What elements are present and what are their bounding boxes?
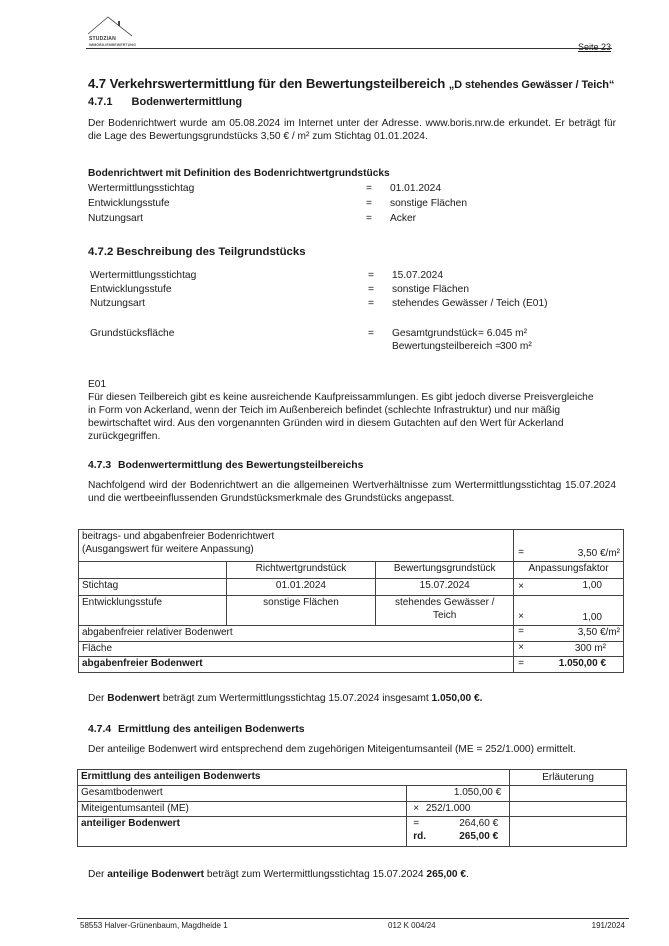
row-equals: = (366, 183, 372, 194)
row-label: Miteigentumsanteil (ME) (78, 801, 407, 817)
column-header (79, 562, 227, 579)
row-label: Nutzungsart (88, 213, 143, 224)
table-row: Stichtag 01.01.2024 15.07.2024 × 1,00 (79, 579, 624, 596)
row-value: Acker (390, 213, 416, 224)
column-header: Bewertungsgrundstück (376, 562, 514, 579)
anteil-table: Ermittlung des anteiligen Bodenwerts Erl… (77, 769, 627, 847)
value: 1,00 (517, 612, 620, 625)
cell-richtwert: sonstige Flächen (226, 596, 376, 626)
heading-number: 4.7.1 (88, 96, 112, 108)
row-label: Gesamtbodenwert (78, 786, 407, 802)
row-label: Wertermittlungsstichtag (90, 270, 196, 281)
text: Der (88, 869, 107, 880)
note-cell (510, 786, 627, 802)
area-equals: = (368, 328, 374, 339)
area-total-value: = 6.045 m² (478, 328, 527, 339)
definition-row: Wertermittlungsstichtag = 01.01.2024 (88, 183, 608, 198)
definition-title: Bodenrichtwert mit Definition des Bodenr… (88, 168, 390, 179)
row-label: Wertermittlungsstichtag (88, 183, 194, 194)
operator: = (518, 626, 524, 639)
company-logo: STUDZIAN IMMOBILIENBEWERTUNG (86, 12, 156, 44)
note-id: E01 (88, 378, 616, 391)
cell-value: = 1.050,00 € (514, 657, 624, 673)
table-row: Entwicklungsstufe sonstige Flächen stehe… (79, 596, 624, 626)
row-value: 252/1.000 (426, 803, 471, 814)
page-number: Seite 23 (578, 42, 611, 52)
description-row: Nutzungsart = stehendes Gewässer / Teich… (90, 298, 610, 312)
text-bold: 1.050,00 €. (432, 693, 483, 704)
table-header-row: Ermittlung des anteiligen Bodenwerts Erl… (78, 770, 627, 786)
row-label: Nutzungsart (90, 298, 145, 309)
table-title: Ermittlung des anteiligen Bodenwerts (78, 770, 510, 786)
cell-factor: × 1,00 (514, 579, 624, 596)
note-cell (510, 801, 627, 817)
heading-4-7-1: 4.7.1 Bodenwertermittlung (88, 96, 242, 108)
paragraph-bodenrichtwert: Der Bodenrichtwert wurde am 05.08.2024 i… (88, 117, 616, 143)
result-cell: = 264,60 € rd. 265,00 € (407, 817, 510, 847)
base-value-cell: = 3,50 €/m² (514, 530, 624, 562)
row-value-cell: × 252/1.000 (407, 801, 510, 817)
definition-row: Nutzungsart = Acker (88, 213, 608, 228)
base-label-line2: (Ausgangswert für weitere Anpassung) (82, 544, 510, 557)
heading-4-7-2: 4.7.2 Beschreibung des Teilgrundstücks (88, 246, 306, 258)
value: 1.050,00 € (517, 658, 620, 671)
description-list: Wertermittlungsstichtag = 15.07.2024 Ent… (90, 270, 610, 312)
table-row: Fläche × 300 m² (79, 641, 624, 657)
row-equals: = (366, 198, 372, 209)
row-label: Stichtag (79, 579, 227, 596)
row-value: sonstige Flächen (390, 198, 467, 209)
note-text: Für diesen Teilbereich gibt es keine aus… (88, 391, 598, 443)
description-row: Wertermittlungsstichtag = 15.07.2024 (90, 270, 610, 284)
summary-anteil: Der anteilige Bodenwert beträgt zum Wert… (88, 868, 616, 881)
table-row: Gesamtbodenwert 1.050,00 € (78, 786, 627, 802)
logo-text-name: STUDZIAN (89, 36, 116, 42)
table-total-row: abgabenfreier Bodenwert = 1.050,00 € (79, 657, 624, 673)
table-header-row: Richtwertgrundstück Bewertungsgrundstück… (79, 562, 624, 579)
row-value: 1.050,00 € (407, 786, 510, 802)
area-block: Grundstücksfläche = Gesamtgrundstück = 6… (90, 328, 610, 354)
cell-value: × 300 m² (514, 641, 624, 657)
text: Der (88, 693, 107, 704)
paragraph-anteil: Der anteilige Bodenwert wird entsprechen… (88, 743, 648, 756)
text-bold: 265,00 € (426, 869, 466, 880)
base-label-line1: beitrags- und abgabenfreier Bodenrichtwe… (82, 531, 510, 544)
header-divider (86, 48, 612, 49)
heading-text: Ermittlung des anteiligen Bodenwerts (118, 724, 304, 735)
column-header: Anpassungsfaktor (514, 562, 624, 579)
column-header: Richtwertgrundstück (226, 562, 376, 579)
row-label: Fläche (79, 641, 514, 657)
area-label: Grundstücksfläche (90, 328, 174, 339)
row-equals: = (368, 270, 374, 281)
value: 3,50 €/m² (517, 627, 620, 640)
text: . (466, 869, 469, 880)
row-label: abgabenfreier Bodenwert (79, 657, 514, 673)
area-part-value: 300 m² (500, 341, 532, 352)
row-label: abgabenfreier relativer Bodenwert (79, 626, 514, 642)
cell-bewertung: stehendes Gewässer / Teich (376, 596, 514, 626)
heading-text: Bodenwertermittlung (132, 96, 243, 108)
heading-4-7-4: 4.7.4 Ermittlung des anteiligen Bodenwer… (88, 724, 305, 735)
value: 300 m² (517, 643, 620, 656)
row-label: Entwicklungsstufe (90, 284, 172, 295)
footer-case-number: 191/2024 (592, 921, 625, 930)
operator: = (413, 818, 419, 831)
cell-richtwert: 01.01.2024 (226, 579, 376, 596)
table-result-row: anteiliger Bodenwert = 264,60 € rd. 265,… (78, 817, 627, 847)
operator: × (518, 642, 524, 655)
row-equals: = (368, 284, 374, 295)
heading-4-7-3: 4.7.3 Bodenwertermittlung des Bewertungs… (88, 460, 363, 471)
row-label: anteiliger Bodenwert (78, 817, 407, 847)
table-row: abgabenfreier relativer Bodenwert = 3,50… (79, 626, 624, 642)
row-label: Entwicklungsstufe (88, 198, 170, 209)
operator: × (413, 803, 419, 814)
area-total-label: Gesamtgrundstück (392, 328, 478, 339)
definition-list: Wertermittlungsstichtag = 01.01.2024 Ent… (88, 183, 608, 228)
section-title-4-7: 4.7 Verkehrswertermittlung für den Bewer… (88, 76, 614, 91)
operator: × (518, 611, 524, 624)
description-row: Entwicklungsstufe = sonstige Flächen (90, 284, 610, 298)
logo-text-subtitle: IMMOBILIENBEWERTUNG (89, 43, 136, 47)
row-label: Entwicklungsstufe (79, 596, 227, 626)
row-equals: = (366, 213, 372, 224)
row-value: 15.07.2024 (392, 270, 443, 281)
paragraph-anpassung: Nachfolgend wird der Bodenrichtwert an d… (88, 479, 616, 505)
text: beträgt zum Wertermittlungsstichtag 15.0… (160, 693, 432, 704)
table-row: beitrags- und abgabenfreier Bodenrichtwe… (79, 530, 624, 562)
text: beträgt zum Wertermittlungsstichtag 15.0… (204, 869, 426, 880)
heading-text: Bodenwertermittlung des Bewertungsteilbe… (118, 460, 363, 471)
row-value: stehendes Gewässer / Teich (E01) (392, 298, 548, 309)
text-bold: anteilige Bodenwert (107, 869, 204, 880)
value: 1,00 (517, 580, 620, 593)
footer-file-reference: 012 K 004/24 (388, 921, 436, 930)
rounded-label: rd. (413, 831, 426, 844)
heading-number: 4.7.3 (88, 460, 111, 471)
cell-factor: × 1,00 (514, 596, 624, 626)
area-row: Grundstücksfläche = Gesamtgrundstück = 6… (90, 328, 610, 341)
cell-bewertung: 15.07.2024 (376, 579, 514, 596)
section-title-suffix: „D stehendes Gewässer / Teich“ (449, 79, 615, 91)
table-row: Miteigentumsanteil (ME) × 252/1.000 (78, 801, 627, 817)
result-value: 264,60 € (459, 818, 498, 831)
base-label-cell: beitrags- und abgabenfreier Bodenrichtwe… (79, 530, 514, 562)
operator: × (518, 581, 524, 594)
row-value: sonstige Flächen (392, 284, 469, 295)
column-header-erlaeuterung: Erläuterung (510, 770, 627, 786)
area-row: Bewertungsteilbereich = 300 m² (90, 341, 610, 354)
operator: = (518, 547, 524, 560)
house-roof-icon (86, 12, 156, 38)
cell-value: = 3,50 €/m² (514, 626, 624, 642)
row-equals: = (368, 298, 374, 309)
text-bold: Bodenwert (107, 693, 160, 704)
note-cell (510, 817, 627, 847)
rounded-value: 265,00 € (459, 831, 498, 844)
value: 3,50 €/m² (517, 548, 620, 561)
footer-address: 58553 Halver-Grünenbaum, Magdheide 1 (80, 921, 228, 930)
row-value: 01.01.2024 (390, 183, 441, 194)
summary-bodenwert: Der Bodenwert beträgt zum Wertermittlung… (88, 692, 616, 705)
heading-number: 4.7.4 (88, 724, 111, 735)
operator: = (518, 658, 524, 671)
definition-row: Entwicklungsstufe = sonstige Flächen (88, 198, 608, 213)
section-title-text: 4.7 Verkehrswertermittlung für den Bewer… (88, 76, 445, 91)
footer-divider (77, 918, 629, 919)
bodenwert-table: beitrags- und abgabenfreier Bodenrichtwe… (78, 529, 624, 673)
area-part-label: Bewertungsteilbereich = (392, 341, 501, 352)
